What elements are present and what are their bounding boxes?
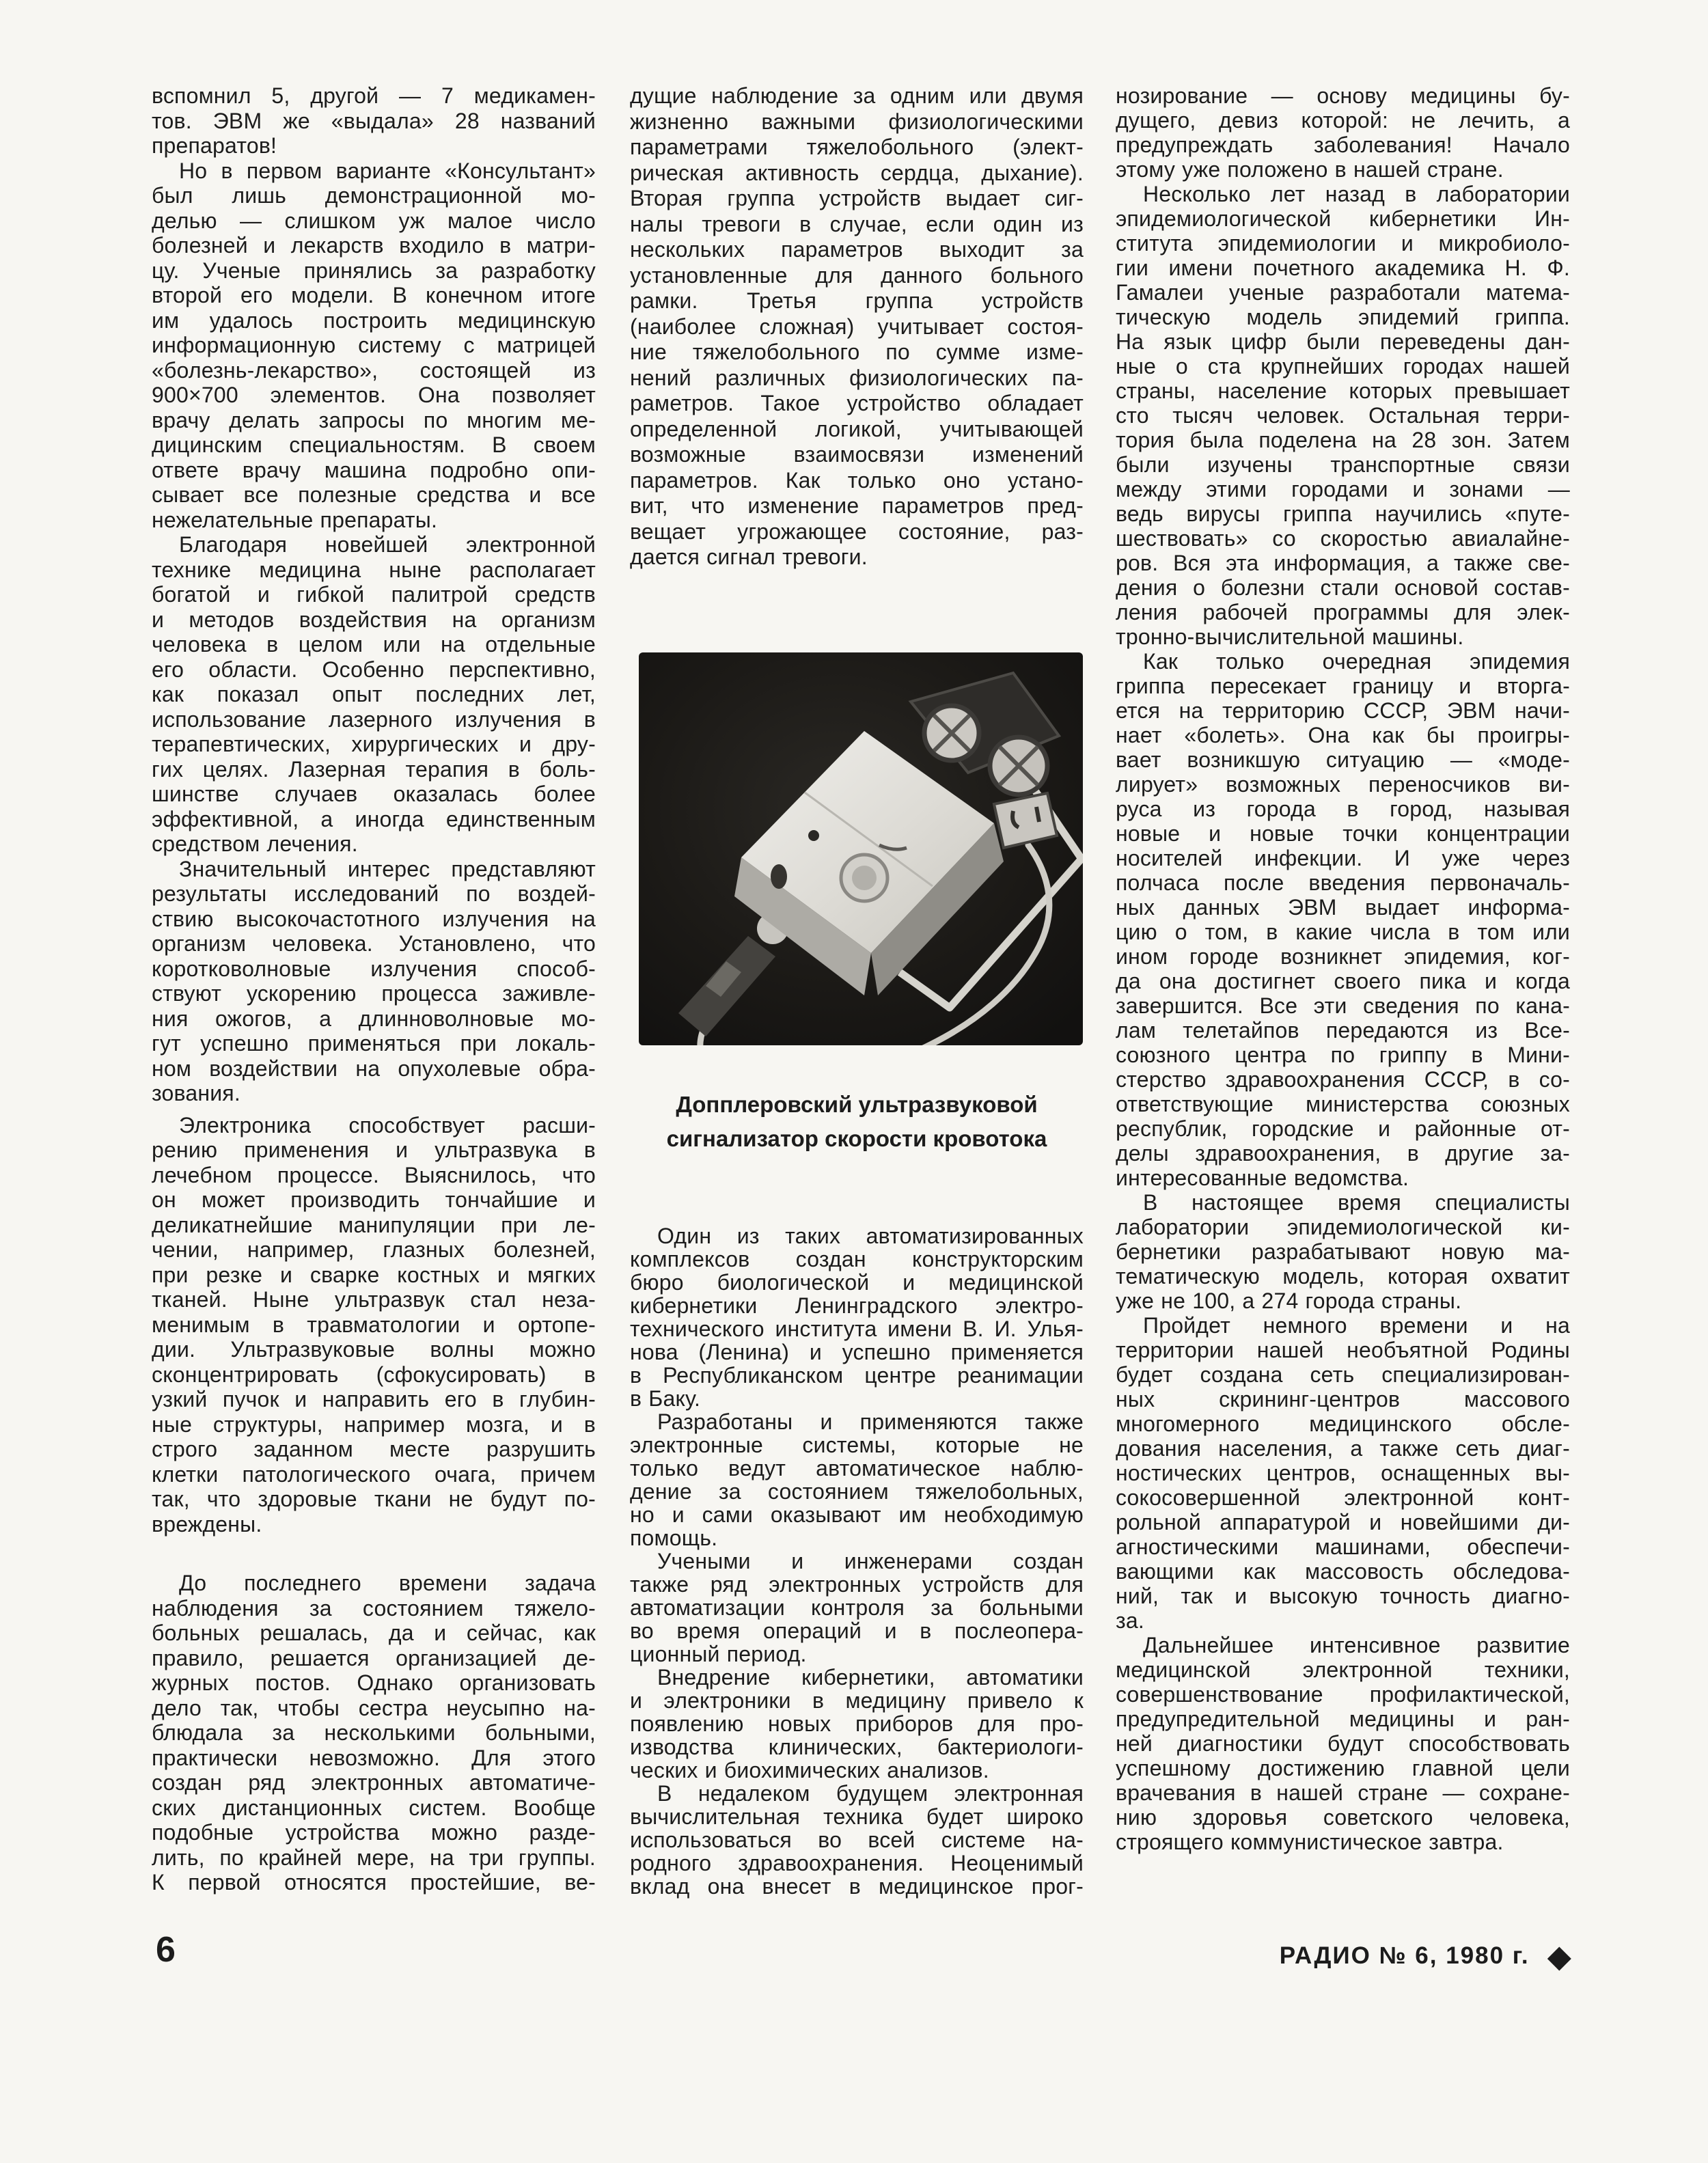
text-line: предупреждать заболевания! Начало (1116, 133, 1570, 157)
text-line: тическую модель эпидемий гриппа. (1116, 305, 1570, 329)
face-button-inner (852, 866, 877, 890)
text-line: нает «болеть». Она как бы проигры- (1116, 723, 1570, 747)
text-line: также ряд электронных устройств для (630, 1573, 1084, 1596)
text-line: совершенствование профилактической, (1116, 1682, 1570, 1707)
text-line: и методов воздействия на организм (152, 607, 596, 633)
text-line: многомерного медицинского обсле- (1116, 1411, 1570, 1436)
text-line: помощь. (630, 1526, 1084, 1549)
text-line: налы тревоги в случае, если один из (630, 212, 1084, 238)
text-line: сокосовершенной электронной конт- (1116, 1485, 1570, 1510)
text-line: так, что здоровые ткани не будут по- (152, 1487, 596, 1512)
text-line: да она достигнет своего пика и когда (1116, 969, 1570, 993)
text-line: успешному достижению главной цели (1116, 1756, 1570, 1780)
text-line: цию о том, в какие числа в том или (1116, 920, 1570, 944)
text-line: гих целях. Лазерная терапия в боль- (152, 757, 596, 782)
text-line: нений различных физиологических па- (630, 366, 1084, 391)
photo-caption-line1: Допплеровский ультразвуковой (630, 1088, 1084, 1122)
text-line: В недалеком будущем электронная (630, 1782, 1084, 1805)
text-line: дущие наблюдение за одним или двумя (630, 83, 1084, 109)
text-line: журных постов. Однако организовать (152, 1670, 596, 1696)
text-line: гриппа пересекает границу и вторга- (1116, 674, 1570, 698)
text-line: вещает угрожающее состояние, раз- (630, 519, 1084, 545)
text-line: До последнего времени задача (152, 1571, 596, 1596)
text-line: новые и новые точки концентрации (1116, 821, 1570, 846)
text-line: дается сигнал тревоги. (630, 545, 1084, 570)
text-line: ностических центров, оснащенных вы- (1116, 1461, 1570, 1485)
diamond-icon: ◆ (1547, 1940, 1571, 1972)
article-column-2-bottom: Один из таких автоматизированныхкомплекс… (630, 1224, 1084, 1898)
text-line: дицинским специальностям. В своем (152, 432, 596, 458)
text-line: технике медицина ныне располагает (152, 557, 596, 583)
photo-caption: Допплеровский ультразвуковой сигнализато… (630, 1088, 1084, 1156)
text-line: в Республиканском центре реанимации (630, 1364, 1084, 1387)
text-line: тематическую модель, которая охватит (1116, 1264, 1570, 1289)
text-line: определенной логикой, учитывающей (630, 417, 1084, 443)
text-line: тканей. Ныне ультразвук стал неза- (152, 1287, 596, 1312)
text-line: практически невозможно. Для этого (152, 1746, 596, 1771)
text-line: ные структуры, например мозга, и в (152, 1412, 596, 1437)
text-line: использование лазерного излучения в (152, 707, 596, 732)
text-line: Учеными и инженерами создан (630, 1549, 1084, 1573)
text-line: рамки. Третья группа устройств (630, 288, 1084, 314)
text-line: дения о болезни стали основой состав- (1116, 575, 1570, 600)
text-line: рическая активность сердца, дыхание). (630, 161, 1084, 187)
text-line: Электроника способствует расши- (152, 1113, 596, 1138)
text-line: нескольких параметров выходит за (630, 237, 1084, 263)
face-smudge (771, 864, 787, 889)
text-line: шинстве случаев оказалась более (152, 782, 596, 807)
text-line: дования населения, а также сеть диаг- (1116, 1436, 1570, 1461)
text-line: этому уже положено в нашей стране. (1116, 157, 1570, 182)
text-line: нозирование — основу медицины бу- (1116, 83, 1570, 108)
text-line: вклад она внесет в медицинское прог- (630, 1875, 1084, 1898)
text-line: деликатнейшие манипуляции при ле- (152, 1213, 596, 1238)
text-line: республик, городские и районные от- (1116, 1116, 1570, 1141)
text-line: вычислительная техника будет широко (630, 1805, 1084, 1828)
text-line: его области. Особенно перспективно, (152, 657, 596, 683)
text-line: появлению новых приборов для про- (630, 1712, 1084, 1735)
text-line: ином городе возникнет эпидемия, ког- (1116, 944, 1570, 969)
text-line: Вторая группа устройств выдает сиг- (630, 186, 1084, 212)
text-line: наблюдения за состоянием тяжело- (152, 1596, 596, 1621)
text-line: бернетики разрабатывают новую ма- (1116, 1239, 1570, 1264)
device-photo (639, 652, 1083, 1045)
text-line: нова (Ленина) и успешно применяется (630, 1340, 1084, 1364)
text-line: носителей инфекции. И уже через (1116, 846, 1570, 870)
text-line: ния ожогов, а длинноволновые мо- (152, 1006, 596, 1032)
text-line: ведь вирусы гриппа научились «путе- (1116, 501, 1570, 526)
text-line: Гамалеи ученые разработали матема- (1116, 280, 1570, 305)
text-line: дущего, девиз которой: не лечить, а (1116, 108, 1570, 133)
text-line: лаборатории эпидемиологической ки- (1116, 1215, 1570, 1239)
text-line: был лишь демонстрационной мо- (152, 183, 596, 208)
text-line: строго заданном месте разрушить (152, 1437, 596, 1462)
text-line: электронные системы, которые не (630, 1433, 1084, 1457)
text-line: параметров. Как только оно устано- (630, 468, 1084, 494)
text-line: эпидемиологической кибернетики Ин- (1116, 206, 1570, 231)
text-line: ней диагностики будут способствовать (1116, 1731, 1570, 1756)
text-line: препаратов! (152, 133, 596, 159)
text-line: как показал опыт последних лет, (152, 682, 596, 707)
text-line: сывает все полезные средства и все (152, 482, 596, 508)
text-line: человека в целом или на отдельные (152, 632, 596, 657)
text-line: полчаса после введения первоначаль- (1116, 870, 1570, 895)
text-line: возможные взаимосвязи изменений (630, 442, 1084, 468)
text-line: жизненно важными физиологическими (630, 109, 1084, 135)
text-line: нежелательные препараты. (152, 508, 596, 533)
text-line: Разработаны и применяются также (630, 1410, 1084, 1433)
text-line: дело так, чтобы сестра неусыпно на- (152, 1696, 596, 1721)
text-line: шествовать» со скоростью авиалайне- (1116, 526, 1570, 551)
article-column-1: вспомнил 5, другой — 7 медикамен-тов. ЭВ… (152, 83, 596, 1895)
text-line: лам телетайпов передаются из Все- (1116, 1018, 1570, 1043)
text-line: чении, например, глазных болезней, (152, 1237, 596, 1263)
text-line: ных данных ЭВМ выдает информа- (1116, 895, 1570, 920)
text-line: сконцентрировать (сфокусировать) в (152, 1362, 596, 1388)
text-line: ний, так и высокую точность диагно- (1116, 1584, 1570, 1608)
text-line: страны, население которых превышает (1116, 378, 1570, 403)
text-line: руса из города в город, называя (1116, 797, 1570, 821)
text-line: вает возникшую ситуацию — «моде- (1116, 747, 1570, 772)
text-line: богатой и гибкой палитрой средств (152, 582, 596, 607)
text-line: лечебном процессе. Выяснилось, что (152, 1163, 596, 1188)
text-line: но и сами оказывают им необходимую (630, 1503, 1084, 1526)
article-column-2-top: дущие наблюдение за одним или двумяжизне… (630, 83, 1084, 570)
magazine-page: { "page": { "number": "6", "footer_right… (0, 0, 1708, 2163)
text-line: тов. ЭВМ же «выдала» 28 названий (152, 109, 596, 134)
text-line: врачевания в нашей стране — сохране- (1116, 1780, 1570, 1805)
text-line: больных решалась, да и сейчас, как (152, 1621, 596, 1646)
text-line: ответе врачу машина подробно опи- (152, 458, 596, 483)
text-line: союзного центра по гриппу в Мини- (1116, 1043, 1570, 1067)
text-line: автоматизации контроля за больными (630, 1596, 1084, 1619)
text-line: ответствующие министерства союзных (1116, 1092, 1570, 1116)
text-line: будет создана сеть специализирован- (1116, 1362, 1570, 1387)
text-line: клетки патологического очага, причем (152, 1462, 596, 1487)
text-line: второй его модели. В конечном итоге (152, 283, 596, 308)
text-line: На язык цифр были переведены дан- (1116, 329, 1570, 354)
text-line: менимым в травматологии и ортопе- (152, 1312, 596, 1338)
text-line: К первой относятся простейшие, ве- (152, 1870, 596, 1895)
text-line: завершится. Все эти сведения по кана- (1116, 993, 1570, 1018)
text-line: Несколько лет назад в лаборатории (1116, 182, 1570, 206)
text-line: вит, что изменение параметров пред- (630, 493, 1084, 519)
text-line: параметрами тяжелобольного (элект- (630, 135, 1084, 161)
text-line: бюро биологической и медицинской (630, 1271, 1084, 1294)
text-line: им удалось построить медицинскую (152, 308, 596, 333)
text-line: терапевтических, хирургических и дру- (152, 732, 596, 757)
text-line: ских дистанционных систем. Вообще (152, 1795, 596, 1821)
text-line: стерство здравоохранения СССР, в со- (1116, 1067, 1570, 1092)
text-line: между этими городами и зонами — (1116, 477, 1570, 501)
text-line: узкий пучок и направить его в глубин- (152, 1387, 596, 1412)
face-dot (808, 830, 819, 841)
text-line: в Баку. (630, 1387, 1084, 1410)
text-line: делы здравоохранения, в другие за- (1116, 1141, 1570, 1166)
text-line: блюдала за несколькими больными, (152, 1720, 596, 1746)
text-line: делью — слишком уж малое число (152, 208, 596, 234)
text-line: ствуют ускорению процесса заживле- (152, 981, 596, 1006)
text-line: использоваться во всей системе на- (630, 1828, 1084, 1851)
text-line: информационную систему с матрицей (152, 333, 596, 358)
text-line: установленные для данного больного (630, 263, 1084, 289)
text-line: территории нашей необъятной Родины (1116, 1338, 1570, 1362)
text-line: комплексов создан конструкторским (630, 1248, 1084, 1271)
text-line: ствию высокочастотного излучения на (152, 907, 596, 932)
text-line: нию здоровья советского человека, (1116, 1805, 1570, 1830)
text-line: гут успешно применяться при локаль- (152, 1031, 596, 1056)
doppler-device-illustration (639, 652, 1083, 1045)
text-line: рению применения и ультразвука в (152, 1138, 596, 1163)
text-line: болезней и лекарств входило в матри- (152, 233, 596, 258)
text-line: результаты исследований по воздей- (152, 881, 596, 907)
text-line: вреждены. (152, 1512, 596, 1537)
text-line: предупредительной медицины и ран- (1116, 1707, 1570, 1731)
text-line: организм человека. Установлено, что (152, 931, 596, 956)
text-line: родного здравоохранения. Неоценимый (630, 1851, 1084, 1875)
text-line: цу. Ученые принялись за разработку (152, 258, 596, 284)
text-line: тория была поделена на 28 зон. Затем (1116, 428, 1570, 452)
text-line: рольной аппаратурой и новейшими ди- (1116, 1510, 1570, 1534)
text-line: коротковолновые излучения способ- (152, 956, 596, 982)
text-line: за. (1116, 1608, 1570, 1633)
text-line: ров. Вся эта информация, а также све- (1116, 551, 1570, 575)
text-line: уже не 100, а 274 города страны. (1116, 1289, 1570, 1313)
text-line: сто тысяч человек. Остальная терри- (1116, 403, 1570, 428)
footer: РАДИО № 6, 1980 г. ◆ (1280, 1940, 1571, 1972)
text-line: эффективной, а иногда единственным (152, 807, 596, 832)
text-line: Пройдет немного времени и на (1116, 1313, 1570, 1338)
text-line: он может производить тончайшие и (152, 1187, 596, 1213)
text-line: технического института имени В. И. Улья- (630, 1317, 1084, 1340)
text-line: вающими как массовость обследова- (1116, 1559, 1570, 1584)
text-line: В настоящее время специалисты (1116, 1190, 1570, 1215)
text-line: ные о ста крупнейших городах нашей (1116, 354, 1570, 378)
text-line: Как только очередная эпидемия (1116, 649, 1570, 674)
text-line: Благодаря новейшей электронной (152, 532, 596, 557)
text-line: (наиболее сложная) учитывает состоя- (630, 314, 1084, 340)
text-line: ние тяжелобольного по сумме изме- (630, 340, 1084, 366)
text-line: тронно-вычислительной машины. (1116, 624, 1570, 649)
text-line: интересованные ведомства. (1116, 1166, 1570, 1190)
text-line: и электроники в медицину привело к (630, 1689, 1084, 1712)
text-line: раметров. Такое устройство обладает (630, 391, 1084, 417)
text-line: агностическими машинами, обеспечи- (1116, 1534, 1570, 1559)
footer-journal-issue: РАДИО № 6, 1980 г. (1280, 1942, 1530, 1970)
text-line: медицинской электронной техники, (1116, 1657, 1570, 1682)
text-line: правило, решается организацией де- (152, 1646, 596, 1671)
text-line: ном воздействии на опухолевые обра- (152, 1056, 596, 1081)
text-line: подобные устройства можно разде- (152, 1820, 596, 1845)
text-line: кибернетики Ленинградского электро- (630, 1294, 1084, 1317)
text-line: изводства клинических, бактериологи- (630, 1735, 1084, 1759)
text-line: создан ряд электронных автоматиче- (152, 1770, 596, 1795)
text-line: ционный период. (630, 1642, 1084, 1666)
text-line: ческих и биохимических анализов. (630, 1759, 1084, 1782)
text-line: ления рабочей программы для элек- (1116, 600, 1570, 624)
text-line: только ведут автоматическое наблю- (630, 1457, 1084, 1480)
text-line: Но в первом варианте «Консультант» (152, 159, 596, 184)
text-line: врачу делать запросы по многим ме- (152, 408, 596, 433)
text-line: лирует» возможных переносчиков ви- (1116, 772, 1570, 797)
article-column-3: нозирование — основу медицины бу-дущего,… (1116, 83, 1570, 1854)
text-line: ется на территорию СССР, ЭВМ начи- (1116, 698, 1570, 723)
text-line: Внедрение кибернетики, автоматики (630, 1666, 1084, 1689)
photo-caption-line2: сигнализатор скорости кровотока (630, 1122, 1084, 1156)
text-line: зования. (152, 1081, 596, 1106)
text-line: ститута эпидемиологии и микробиоло- (1116, 231, 1570, 256)
text-line: строящего коммунистическое завтра. (1116, 1830, 1570, 1854)
text-line: дии. Ультразвуковые волны можно (152, 1337, 596, 1362)
text-line: при резке и сварке костных и мягких (152, 1263, 596, 1288)
text-line: Значительный интерес представляют (152, 857, 596, 882)
text-line: ных скрининг-центров массового (1116, 1387, 1570, 1411)
text-line: 900×700 элементов. Она позволяет (152, 383, 596, 408)
text-line: во время операций и в послеопера- (630, 1619, 1084, 1642)
text-line: средством лечения. (152, 831, 596, 857)
page-number: 6 (156, 1929, 176, 1970)
text-line: дение за состоянием тяжелобольных, (630, 1480, 1084, 1503)
text-line: лить, по крайней мере, на три группы. (152, 1845, 596, 1871)
text-line: гии имени почетного академика Н. Ф. (1116, 256, 1570, 280)
text-line: были изучены транспортные связи (1116, 452, 1570, 477)
text-line: «болезнь-лекарство», состоящей из (152, 358, 596, 383)
text-line: вспомнил 5, другой — 7 медикамен- (152, 83, 596, 109)
text-line: Один из таких автоматизированных (630, 1224, 1084, 1248)
text-line: Дальнейшее интенсивное развитие (1116, 1633, 1570, 1657)
